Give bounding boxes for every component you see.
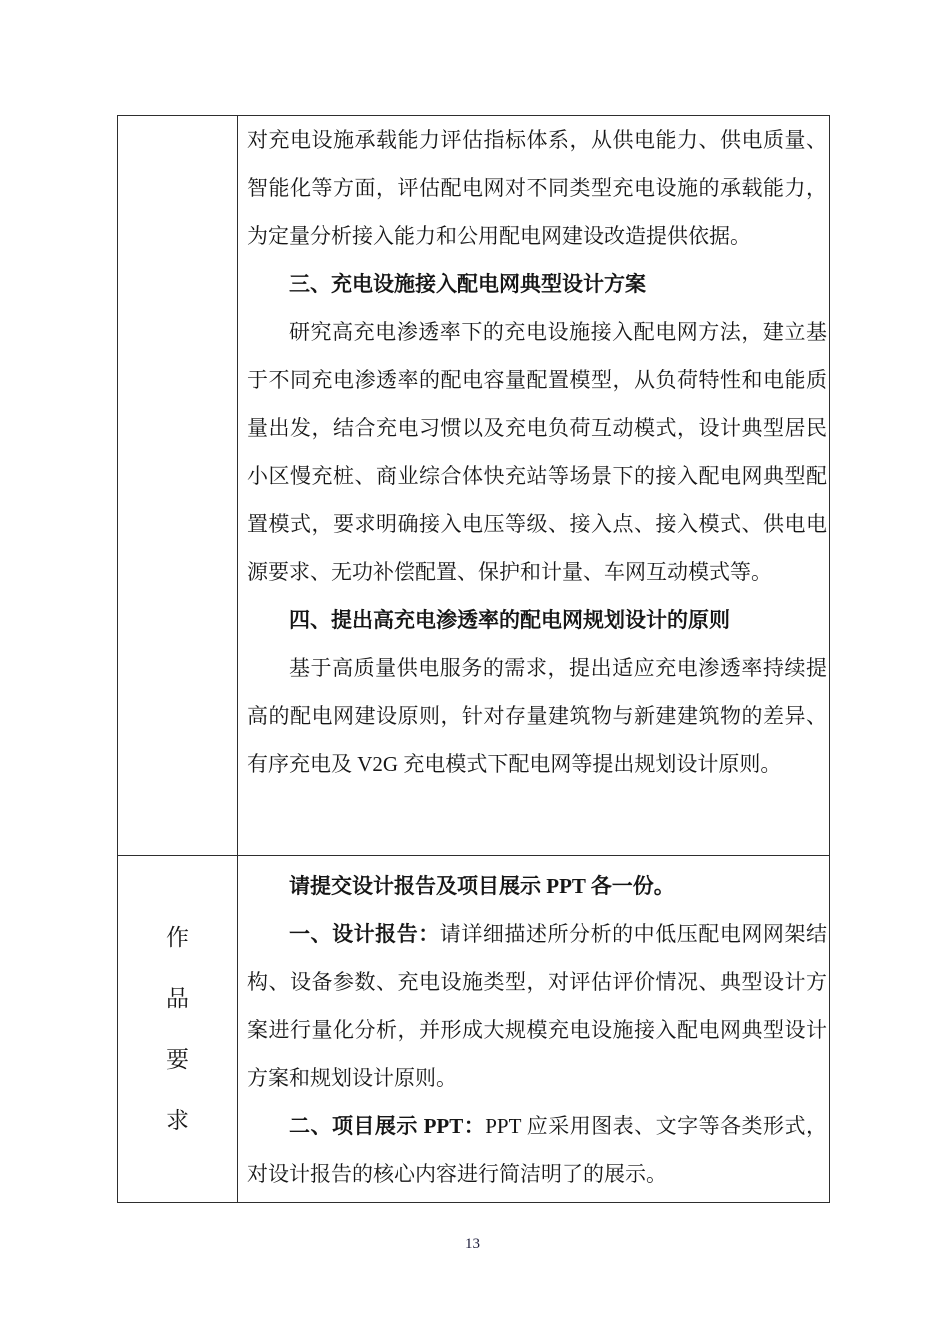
page-number: 13 <box>0 1236 945 1253</box>
row-content-cell: 请提交设计报告及项目展示 PPT 各一份。一、设计报告：请详细描述所分析的中低压… <box>238 856 829 1202</box>
body-text: 请详细描述所分析的中低压配电网网架结构、设备参数、充电设施类型，对评估评价情况、… <box>247 922 827 1090</box>
paragraph: 研究高充电渗透率下的充电设施接入配电网方法，建立基于不同充电渗透率的配电容量配置… <box>247 308 827 596</box>
bold-text: 请提交设计报告及项目展示 PPT 各一份。 <box>289 874 675 898</box>
row-label-cell: 作品要求 <box>118 856 238 1202</box>
row-content-cell: 对充电设施承载能力评估指标体系，从供电能力、供电质量、智能化等方面，评估配电网对… <box>238 116 829 855</box>
row-label-cell <box>118 116 238 855</box>
body-text: 对充电设施承载能力评估指标体系，从供电能力、供电质量、智能化等方面，评估配电网对… <box>247 128 827 248</box>
section-heading: 四、提出高充电渗透率的配电网规划设计的原则 <box>247 596 827 644</box>
row-label-char: 作 <box>166 926 189 949</box>
row-label-char: 求 <box>166 1109 189 1132</box>
bold-text: 四、提出高充电渗透率的配电网规划设计的原则 <box>289 608 730 632</box>
body-text: 基于高质量供电服务的需求，提出适应充电渗透率持续提高的配电网建设原则，针对存量建… <box>247 656 827 776</box>
bold-text: 三、充电设施接入配电网典型设计方案 <box>289 272 646 296</box>
requirements-table: 对充电设施承载能力评估指标体系，从供电能力、供电质量、智能化等方面，评估配电网对… <box>117 115 830 1203</box>
paragraph: 对充电设施承载能力评估指标体系，从供电能力、供电质量、智能化等方面，评估配电网对… <box>247 116 827 260</box>
section-heading: 三、充电设施接入配电网典型设计方案 <box>247 260 827 308</box>
paragraph: 一、设计报告：请详细描述所分析的中低压配电网网架结构、设备参数、充电设施类型，对… <box>247 910 827 1102</box>
paragraph: 二、项目展示 PPT：PPT 应采用图表、文字等各类形式，对设计报告的核心内容进… <box>247 1102 827 1198</box>
body-text: 研究高充电渗透率下的充电设施接入配电网方法，建立基于不同充电渗透率的配电容量配置… <box>247 320 827 584</box>
row-label-char: 要 <box>166 1048 189 1071</box>
table-row: 作品要求 请提交设计报告及项目展示 PPT 各一份。一、设计报告：请详细描述所分… <box>118 856 829 1202</box>
bold-text: 二、项目展示 PPT： <box>289 1114 485 1138</box>
paragraph: 基于高质量供电服务的需求，提出适应充电渗透率持续提高的配电网建设原则，针对存量建… <box>247 644 827 788</box>
table-row: 对充电设施承载能力评估指标体系，从供电能力、供电质量、智能化等方面，评估配电网对… <box>118 116 829 856</box>
row-label-char: 品 <box>166 987 189 1010</box>
section-heading: 请提交设计报告及项目展示 PPT 各一份。 <box>247 862 827 910</box>
bold-text: 一、设计报告： <box>289 922 440 946</box>
